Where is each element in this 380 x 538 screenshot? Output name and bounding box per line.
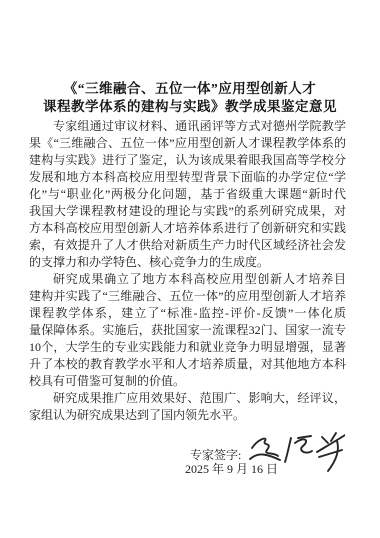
document-date: 2025 年 9 月 16 日 xyxy=(185,461,278,477)
title-line-1: 《“三维融合、五位一体”应用型创新人才 xyxy=(0,80,380,98)
body-line: 研究成果推广应用效果好、范围广、影响大，经评议，专 xyxy=(29,390,346,407)
document-title: 《“三维融合、五位一体”应用型创新人才 课程教学体系的建构与实践》教学成果鉴定意… xyxy=(0,80,380,116)
body-line: 校具有可借鉴可复制的价值。 xyxy=(29,373,346,390)
body-line: 方本科高校应用型创新人才培养体系进行了创新研究和实践探 xyxy=(29,220,346,237)
body-line: 果《“三维融合、五位一体”应用型创新人才课程教学体系的 xyxy=(29,135,346,152)
document-body: 专家组通过审议材料、通讯函评等方式对德州学院教学成 果《“三维融合、五位一体”应… xyxy=(29,118,346,424)
body-line: 量保障体系。实施后，获批国家一流课程32门、国家一流专业 xyxy=(29,322,346,339)
body-line: 升了本校的教育教学水平和人才培养质量，对其他地方本科高 xyxy=(29,356,346,373)
body-line: 建构与实践》进行了鉴定，认为该成果着眼我国高等学校分类 xyxy=(29,152,346,169)
signature-label: 专家签字: xyxy=(190,443,241,463)
body-line: 家组认为研究成果达到了国内领先水平。 xyxy=(29,407,346,424)
appraisal-document-page: 《“三维融合、五位一体”应用型创新人才 课程教学体系的建构与实践》教学成果鉴定意… xyxy=(0,0,380,538)
body-line: 专家组通过审议材料、通讯函评等方式对德州学院教学成 xyxy=(29,118,346,135)
body-line: 化”与“职业化”两极分化问题，基于省级重大课题“新时代 xyxy=(29,186,346,203)
body-line: 10个，大学生的专业实践能力和就业竞争力明显增强，显著提 xyxy=(29,339,346,356)
body-line: 研究成果确立了地方本科高校应用型创新人才培养目标， xyxy=(29,271,346,288)
body-line: 的支撑力和办学特色、核心竞争力的生成度。 xyxy=(29,254,346,271)
title-line-2: 课程教学体系的建构与实践》教学成果鉴定意见 xyxy=(0,98,380,116)
body-line: 课程教学体系，建立了“标准-监控-评价-反馈”一体化质 xyxy=(29,305,346,322)
body-line: 索，有效提升了人才供给对新质生产力时代区域经济社会发展 xyxy=(29,237,346,254)
body-line: 我国大学课程教材建设的理论与实践”的系列研究成果，对地 xyxy=(29,203,346,220)
body-line: 建构并实践了“三维融合、五位一体”的应用型创新人才培养 xyxy=(29,288,346,305)
body-line: 发展和地方本科高校应用型转型背景下面临的办学定位“学术 xyxy=(29,169,346,186)
